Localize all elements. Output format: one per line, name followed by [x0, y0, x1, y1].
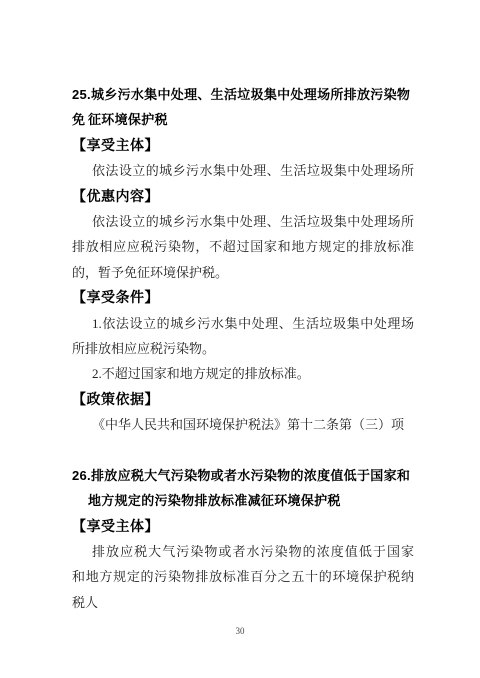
- section-25-heading-conditions: 【享受条件】: [72, 285, 414, 310]
- paragraph-line: 依法设立的城乡污水集中处理、生活垃圾集中处理场所: [72, 158, 414, 183]
- paragraph-line: 税人: [72, 590, 414, 615]
- section-26-title-line-1: 26.排放应税大气污染物或者水污染物的浓度值低于国家和: [72, 463, 414, 488]
- page-number: 30: [0, 626, 480, 636]
- section-25-heading-policy-basis: 【政策依据】: [72, 387, 414, 412]
- paragraph-line: 《中华人民共和国环境保护税法》第十二条第（三）项: [72, 412, 414, 437]
- paragraph-line: 所排放相应应税污染物。: [72, 336, 414, 361]
- section-25-title-line-2: 征环境保护税: [72, 107, 414, 132]
- paragraph-line: 2.不超过国家和地方规定的排放标准。: [72, 361, 414, 386]
- section-26-title-line-2: 地方规定的污染物排放标准减征环境保护税: [72, 488, 414, 513]
- section-25-heading-benefit: 【优惠内容】: [72, 184, 414, 209]
- section-25-title-line-1: 25.城乡污水集中处理、生活垃圾集中处理场所排放污染物免: [72, 82, 414, 107]
- section-25-heading-beneficiary: 【享受主体】: [72, 133, 414, 158]
- section-spacer: [72, 437, 414, 462]
- paragraph-line: 排放应税大气污染物或者水污染物的浓度值低于国家: [72, 539, 414, 564]
- paragraph-line: 的，暂予免征环境保护税。: [72, 260, 414, 285]
- paragraph-line: 1.依法设立的城乡污水集中处理、生活垃圾集中处理场: [72, 311, 414, 336]
- document-page: 25.城乡污水集中处理、生活垃圾集中处理场所排放污染物免 征环境保护税 【享受主…: [0, 0, 480, 678]
- paragraph-line: 和地方规定的污染物排放标准百分之五十的环境保护税纳: [72, 564, 414, 589]
- paragraph-line: 排放相应应税污染物，不超过国家和地方规定的排放标准: [72, 234, 414, 259]
- section-26-heading-beneficiary: 【享受主体】: [72, 514, 414, 539]
- paragraph-line: 依法设立的城乡污水集中处理、生活垃圾集中处理场所: [72, 209, 414, 234]
- document-content: 25.城乡污水集中处理、生活垃圾集中处理场所排放污染物免 征环境保护税 【享受主…: [72, 82, 414, 615]
